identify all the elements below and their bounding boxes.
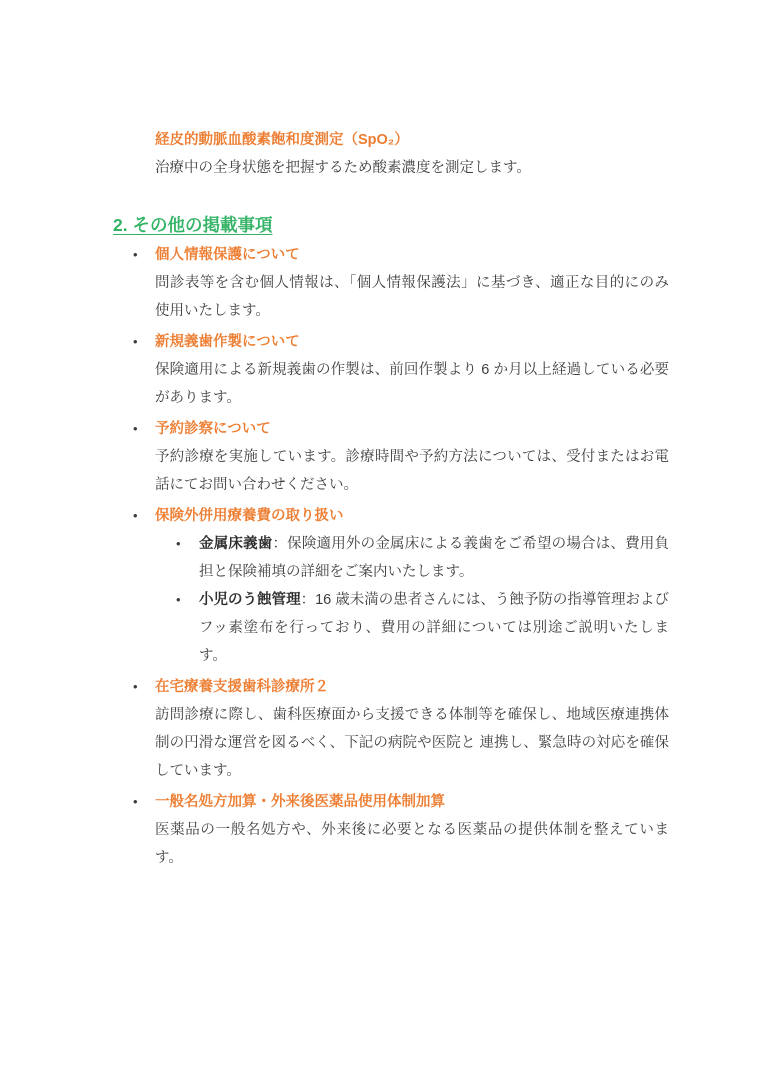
list-item: •予約診察について予約診療を実施しています。診療時間や予約方法については、受付ま…: [113, 415, 674, 499]
bullet-icon: •: [176, 530, 181, 558]
bullet-icon: •: [133, 415, 138, 443]
sub-item-text: 金属床義歯：保険適用外の金属床による義歯をご希望の場合は、費用負担と保険補填の詳…: [199, 530, 669, 586]
item-heading: 個人情報保護について: [155, 241, 674, 269]
sub-list: •金属床義歯：保険適用外の金属床による義歯をご希望の場合は、費用負担と保険補填の…: [155, 530, 674, 670]
list-item: •在宅療養支援歯科診療所２訪問診療に際し、歯科医療面から支援できる体制等を確保し…: [113, 673, 674, 785]
bullet-icon: •: [133, 328, 138, 356]
item-body: 問診表等を含む個人情報は、「個人情報保護法」に基づき、適正な目的にのみ使用いたし…: [155, 269, 669, 325]
intro-heading: 経皮的動脈血酸素飽和度測定（SpO₂）: [155, 126, 674, 154]
list-item: •新規義歯作製について保険適用による新規義歯の作製は、前回作製より 6 か月以上…: [113, 328, 674, 412]
item-heading: 在宅療養支援歯科診療所２: [155, 673, 674, 701]
sub-item-term: 小児のう蝕管理: [199, 592, 301, 608]
bullet-icon: •: [133, 673, 138, 701]
item-body: 保険適用による新規義歯の作製は、前回作製より 6 か月以上経過している必要があり…: [155, 356, 669, 412]
bullet-icon: •: [133, 502, 138, 530]
sub-item-term: 金属床義歯: [199, 536, 272, 552]
sub-list-item: •金属床義歯：保険適用外の金属床による義歯をご希望の場合は、費用負担と保険補填の…: [155, 530, 674, 586]
item-list: •個人情報保護について問診表等を含む個人情報は、「個人情報保護法」に基づき、適正…: [113, 241, 674, 872]
item-body: 予約診療を実施しています。診療時間や予約方法については、受付またはお電話にてお問…: [155, 443, 669, 499]
bullet-icon: •: [176, 586, 181, 614]
document-page: 経皮的動脈血酸素飽和度測定（SpO₂） 治療中の全身状態を把握するため酸素濃度を…: [0, 0, 770, 1089]
intro-body: 治療中の全身状態を把握するため酸素濃度を測定します。: [155, 154, 669, 182]
item-body: 医薬品の一般名処方や、外来後に必要となる医薬品の提供体制を整えています。: [155, 816, 669, 872]
item-heading: 予約診察について: [155, 415, 674, 443]
bullet-icon: •: [133, 788, 138, 816]
document-canvas: { "page": { "background": "#ffffff", "co…: [0, 0, 770, 1089]
sub-item-text: 小児のう蝕管理：16 歳未満の患者さんには、う蝕予防の指導管理およびフッ素塗布を…: [199, 586, 669, 670]
list-item: •個人情報保護について問診表等を含む個人情報は、「個人情報保護法」に基づき、適正…: [113, 241, 674, 325]
intro-block: 経皮的動脈血酸素飽和度測定（SpO₂） 治療中の全身状態を把握するため酸素濃度を…: [155, 126, 674, 182]
item-heading: 保険外併用療養費の取り扱い: [155, 502, 674, 530]
section-title: 2. その他の掲載事項: [113, 212, 674, 237]
item-body: 訪問診療に際し、歯科医療面から支援できる体制等を確保し、地域医療連携体制の円滑な…: [155, 701, 669, 785]
sub-list-item: •小児のう蝕管理：16 歳未満の患者さんには、う蝕予防の指導管理およびフッ素塗布…: [155, 586, 674, 670]
list-item: •一般名処方加算・外来後医薬品使用体制加算医薬品の一般名処方や、外来後に必要とな…: [113, 788, 674, 872]
item-heading: 一般名処方加算・外来後医薬品使用体制加算: [155, 788, 674, 816]
bullet-icon: •: [133, 241, 138, 269]
list-item: •保険外併用療養費の取り扱い•金属床義歯：保険適用外の金属床による義歯をご希望の…: [113, 502, 674, 670]
item-heading: 新規義歯作製について: [155, 328, 674, 356]
